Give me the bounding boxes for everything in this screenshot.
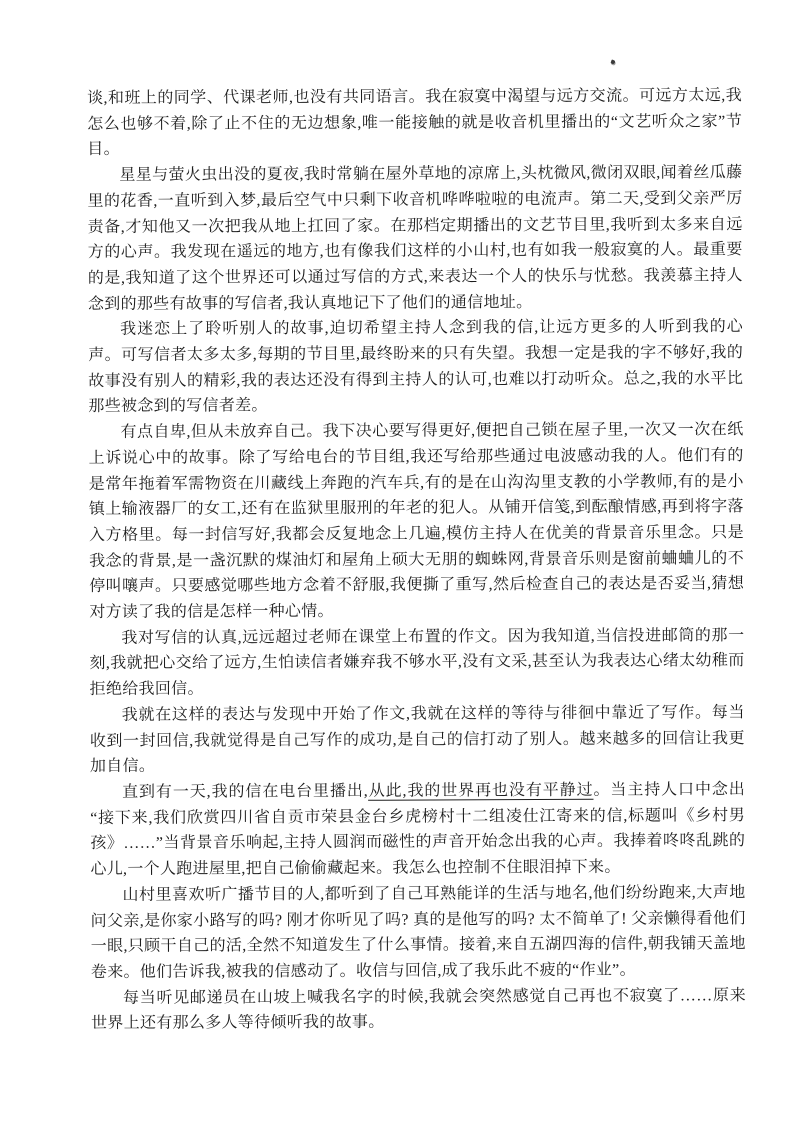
scan-speck-artifact [610,59,615,64]
paragraph-6: 我就在这样的表达与发现中开始了作文,我就在这样的等待与徘徊中靠近了写作。每当收到… [90,700,745,780]
passage-text-block: 谈,和班上的同学、代课老师,也没有共同语言。我在寂寞中渴望与远方交流。可远方太远… [87,83,746,1037]
paragraph-3: 我迷恋上了聆听别人的故事,迫切希望主持人念到我的信,让远方更多的人听到我的心声。… [88,314,743,420]
paragraph-1: 谈,和班上的同学、代课老师,也没有共同语言。我在寂寞中渴望与远方交流。可远方太远… [87,83,742,163]
paragraph-7: 直到有一天,我的信在电台里播出,从此,我的世界再也没有平静过。当主持人口中念出“… [90,777,745,883]
paragraph-7-lead: 直到有一天,我的信在电台里播出, [122,783,368,801]
paragraph-8: 山村里喜欢听广播节目的人,都听到了自己耳熟能详的生活与地名,他们纷纷跑来,大声地… [90,880,745,986]
document-page: 谈,和班上的同学、代课老师,也没有共同语言。我在寂寞中渴望与远方交流。可远方太远… [0,0,800,1145]
underlined-sentence: 从此,我的世界再也没有平静过 [368,782,593,800]
paragraph-2: 星星与萤火虫出没的夏夜,我时常躺在屋外草地的凉席上,头枕微风,微闭双眼,闻着丝瓜… [87,160,743,317]
paragraph-4: 有点自卑,但从未放弃自己。我下决心要写得更好,便把自己锁在屋子里,一次又一次在纸… [88,417,744,625]
paragraph-9: 每当听见邮递员在山坡上喊我名字的时候,我就会突然感觉自己再也不寂寞了……原来世界… [91,983,746,1037]
paragraph-5: 我对写信的认真,远远超过老师在课堂上布置的作文。因为我知道,当信投进邮筒的那一刻… [89,623,744,703]
